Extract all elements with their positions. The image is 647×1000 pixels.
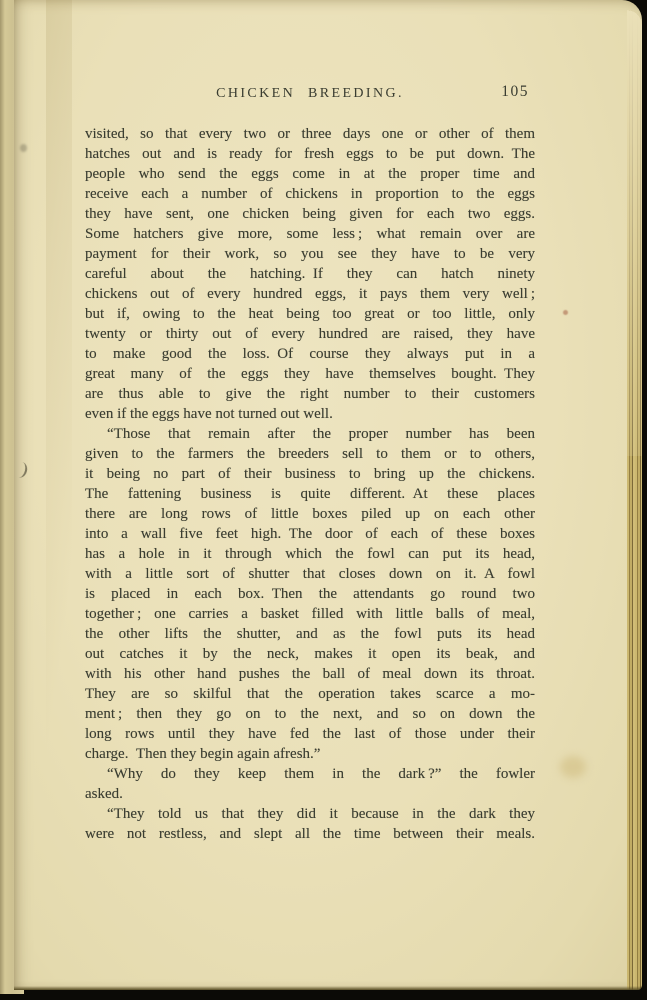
text-line: They are so skilful that the operation t… bbox=[85, 684, 535, 704]
text-line: The fattening business is quite differen… bbox=[85, 484, 535, 504]
text-line: ment ; then they go on to the next, and … bbox=[85, 704, 535, 724]
page-number: 105 bbox=[501, 83, 529, 101]
page-bottom-edge bbox=[14, 986, 642, 990]
text-line: payment for their work, so you see they … bbox=[85, 244, 535, 264]
text-line: but if, owing to the heat being too grea… bbox=[85, 304, 535, 324]
text-line: Some hatchers give more, some less ; wha… bbox=[85, 224, 535, 244]
text-line: even if the eggs have not turned out wel… bbox=[85, 404, 535, 424]
text-line: receive each a number of chickens in pro… bbox=[85, 184, 535, 204]
text-line: long rows until they have fed the last o… bbox=[85, 724, 535, 744]
running-head-title: CHICKEN BREEDING. bbox=[216, 86, 404, 101]
text-line: with a little sort of shutter that close… bbox=[85, 564, 535, 584]
text-line: the other lifts the shutter, and as the … bbox=[85, 624, 535, 644]
text-line: there are long rows of little boxes pile… bbox=[85, 504, 535, 524]
text-line: they have sent, one chicken being given … bbox=[85, 204, 535, 224]
text-line: it being no part of their business to br… bbox=[85, 464, 535, 484]
text-line: careful about the hatching. If they can … bbox=[85, 264, 535, 284]
text-line: great many of the eggs they have themsel… bbox=[85, 364, 535, 384]
text-line: people who send the eggs come in at the … bbox=[85, 164, 535, 184]
text-line: has a hole in it through which the fowl … bbox=[85, 544, 535, 564]
text-line: asked. bbox=[85, 784, 535, 804]
text-line: chickens out of every hundred eggs, it p… bbox=[85, 284, 535, 304]
text-line: with his other hand pushes the ball of m… bbox=[85, 664, 535, 684]
paper-smudge bbox=[560, 756, 586, 778]
text-line: were not restless, and slept all the tim… bbox=[85, 824, 535, 844]
text-line: given to the farmers the breeders sell t… bbox=[85, 444, 535, 464]
paper-speck bbox=[563, 310, 568, 315]
text-line: out catches it by the neck, makes it ope… bbox=[85, 644, 535, 664]
text-line: are thus able to give the right number t… bbox=[85, 384, 535, 404]
book-page: CHICKEN BREEDING. 105 visited, so that e… bbox=[14, 0, 642, 990]
text-line: visited, so that every two or three days… bbox=[85, 124, 535, 144]
text-line: hatches out and is ready for fresh eggs … bbox=[85, 144, 535, 164]
gutter-crease bbox=[46, 0, 72, 990]
text-line: into a wall five feet high. The door of … bbox=[85, 524, 535, 544]
text-block: visited, so that every two or three days… bbox=[85, 124, 535, 844]
text-line: “Those that remain after the proper numb… bbox=[85, 424, 535, 444]
running-head: CHICKEN BREEDING. 105 bbox=[85, 84, 535, 104]
margin-pen-mark bbox=[14, 461, 29, 479]
text-line: “Why do they keep them in the dark ?” th… bbox=[85, 764, 535, 784]
text-line: charge. Then they begin again afresh.” bbox=[85, 744, 535, 764]
page-stack-fade bbox=[627, 10, 642, 456]
text-line: to make good the loss. Of course they al… bbox=[85, 344, 535, 364]
paper-speck bbox=[20, 144, 27, 152]
text-line: twenty or thirty out of every hundred ar… bbox=[85, 324, 535, 344]
text-line: together ; one carries a basket filled w… bbox=[85, 604, 535, 624]
text-line: “They told us that they did it because i… bbox=[85, 804, 535, 824]
text-line: is placed in each box. Then the attendan… bbox=[85, 584, 535, 604]
